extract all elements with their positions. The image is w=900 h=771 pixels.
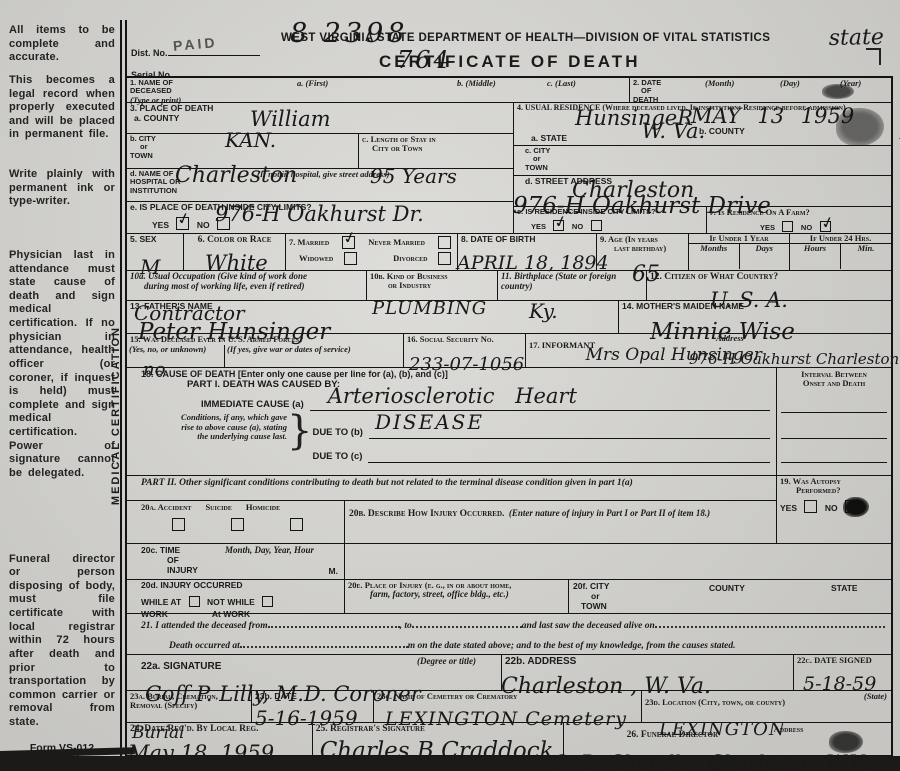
due-to-b-label: DUE TO (b): [312, 428, 363, 439]
signature-address-cell: 22b. ADDRESS Charleston , W. Va.: [502, 655, 794, 690]
time-injury-m: M.: [329, 567, 338, 577]
yes-label: YES: [152, 220, 169, 230]
ssn-value: 233-07-1056: [409, 354, 524, 375]
armed-forces-sub2: (If yes, give war or dates of service): [225, 345, 403, 367]
ink-blot: [843, 497, 869, 517]
stay-label2: City or Town: [372, 144, 510, 153]
time-injury-sub: Month, Day, Year, Hour: [225, 546, 314, 556]
injury-place-row: 20d. INJURY OCCURRED WHILE AT NOT WHILE …: [127, 580, 891, 614]
injury-occurred-label: 20d. INJURY OCCURRED: [141, 581, 341, 591]
sex-label: 5. SEX: [130, 235, 180, 245]
due-to-c-label: DUE TO (c): [312, 452, 362, 463]
widowed-label: Widowed: [299, 254, 333, 263]
armed-forces-sub1: (Yes, no, or unknown): [129, 345, 222, 354]
sex-value: M: [140, 255, 160, 279]
autopsy-cell: 19. Was Autopsy Performed? YES NO: [776, 476, 891, 543]
yes-label: YES: [760, 223, 775, 232]
form-header: Dist. No. PAID 8 2398 WEST VIRGINIA STAT…: [129, 20, 895, 76]
yes-label: YES: [531, 222, 546, 231]
homicide-label: Homicide: [246, 503, 280, 512]
time-of-injury-row: 20c. TIME OF INJURY Month, Day, Year, Ho…: [127, 544, 891, 580]
under-24-hrs-cell: If Under 24 Hrs. Hours Min.: [790, 234, 891, 270]
street-address-cell: d. STREET ADDRESS 976-H Oakhurst Drive: [514, 176, 891, 207]
district-number-label: Dist. No.: [131, 48, 168, 58]
farm-no-checkbox: ✓: [820, 221, 831, 232]
describe-injury-sub: (Enter nature of injury in Part I or Par…: [509, 508, 710, 518]
margin-note: All items to be complete and accurate.: [9, 24, 115, 65]
county-value: KAN.: [225, 128, 276, 152]
immediate-cause-value: Arteriosclerotic Heart: [328, 384, 577, 408]
residence-city-cell: c. CITY or TOWN Charleston: [514, 146, 891, 176]
no-label: NO: [572, 222, 583, 231]
dod-value: MAY 13 1959: [691, 104, 854, 128]
marital-number: 7.: [289, 237, 295, 247]
injury-occurred-cell: 20d. INJURY OCCURRED WHILE AT NOT WHILE …: [127, 580, 345, 613]
yes-label: YES: [780, 503, 797, 513]
residence-county-label: b. COUNTY: [699, 127, 745, 137]
birthplace-value: Ky.: [529, 299, 558, 323]
attended-seg3: and last saw the deceased alive on: [522, 621, 655, 633]
never-married-label: Never Married: [368, 238, 425, 247]
street-address-value: 976-H Oakhurst Drive: [513, 193, 771, 219]
signature-value: Goff P. Lilly, M.D. Coroner: [145, 682, 421, 706]
part2-cell: PART II. Other significant conditions co…: [127, 476, 776, 501]
min-label: Min.: [841, 244, 891, 269]
race-value: White: [205, 251, 268, 275]
citizen-label: 12. Citizen of What Country?: [650, 272, 888, 282]
injury-state-label: STATE: [831, 584, 858, 594]
residence-limits-no-checkbox: [591, 220, 602, 231]
birthplace-label: 11. Birthplace (State or foreign country…: [501, 272, 643, 292]
name-label2: DECEASED: [130, 87, 626, 95]
signature-row: 22a. SIGNATURE (Degree or title) Goff P.…: [127, 655, 891, 691]
ssn-label: 16. Social Security No.: [407, 335, 522, 344]
occupation-cell: 10a. Usual Occupation (Give kind of work…: [127, 271, 367, 300]
married-checkbox: ✓: [342, 236, 355, 249]
margin-note: Funeral director or person disposing of …: [9, 553, 115, 730]
signature-cell: 22a. SIGNATURE (Degree or title) Goff P.…: [127, 655, 502, 690]
sex-cell: 5. SEX M: [127, 234, 184, 270]
length-of-stay-cell: c. Length of Stay in City or Town 95 Yea…: [359, 134, 513, 168]
while-at-work-checkbox: [189, 596, 200, 607]
farm-yes-checkbox: [782, 221, 793, 232]
autopsy-yes-checkbox: [804, 500, 817, 513]
divorced-label: Divorced: [393, 254, 427, 263]
middle-name-label: b. (Middle): [457, 79, 496, 88]
time-of-injury-cell: 20c. TIME OF INJURY Month, Day, Year, Ho…: [127, 544, 345, 579]
brace-glyph: }: [287, 413, 312, 449]
autopsy-label2: Performed?: [796, 486, 888, 495]
age-value: 65: [632, 262, 660, 287]
part2-injury-block: PART II. Other significant conditions co…: [127, 476, 891, 544]
date-of-death-cell: 2. DATE OF DEATH (Month) (Day) (Year) MA…: [630, 78, 891, 102]
race-label: 6. Color or Race: [187, 235, 282, 245]
dob-value: APRIL 18, 1894: [457, 252, 609, 274]
widowed-checkbox: [344, 252, 357, 265]
hospital-value: 976-H Oakhurst Dr.: [215, 202, 424, 226]
burial-date-value: 5-16-1959: [255, 706, 358, 730]
dob-cell: 8. DATE OF BIRTH APRIL 18, 1894: [458, 234, 597, 270]
district-number-value: 8 2398: [290, 18, 408, 49]
attended-seg2: , to: [400, 621, 412, 633]
interval-label2: Onset and Death: [780, 379, 888, 388]
ink-smudge: [836, 108, 884, 146]
death-certificate-scan: All items to be complete and accurate. T…: [0, 0, 900, 771]
form-table: 1. NAME OF DECEASED (Type or print) a. (…: [127, 76, 893, 757]
place-limits-yes-checkbox: ✓: [176, 217, 189, 230]
dotted-line: [655, 617, 885, 628]
under-1-year-cell: If Under 1 Year Months Days: [689, 234, 790, 270]
business-cell: 10b. Kind of Business or Industry PLUMBI…: [367, 271, 498, 300]
dotted-line: [268, 617, 400, 628]
age-cell: 9. Age (In years last birthday) 65: [597, 234, 689, 270]
place-of-injury-cell: 20e. Place of Injury (e. g., in or about…: [345, 580, 569, 613]
time-injury-label3: INJURY: [167, 566, 198, 576]
cause-content: 18. CAUSE OF DEATH [Enter only one cause…: [127, 368, 776, 475]
interval-column: Interval Between Onset and Death: [776, 368, 891, 475]
residence-city-label2: or: [533, 155, 888, 163]
place-of-injury-label2: farm, factory, street, office bldg., etc…: [370, 590, 565, 600]
race-cell: 6. Color or Race White: [184, 234, 286, 270]
serial-number-value: 764: [397, 46, 452, 74]
hours-label: Hours: [790, 244, 841, 269]
never-married-checkbox: [438, 236, 451, 249]
date-signed-value: 5-18-59: [803, 673, 876, 695]
citizen-value: U. S. A.: [710, 288, 788, 312]
month-label: (Month): [705, 79, 734, 88]
attended-row: 21. I attended the deceased from , to an…: [127, 614, 891, 655]
suicide-label: Suicide: [205, 503, 231, 512]
divorced-checkbox: [438, 252, 451, 265]
cemetery-value: LEXINGTON Cemetery: [385, 708, 627, 730]
not-while-at-work-checkbox: [262, 596, 273, 607]
father-value: Peter Hunsinger: [138, 319, 330, 345]
residence-limits-yes-checkbox: ✓: [553, 220, 564, 231]
name-of-deceased-cell: 1. NAME OF DECEASED (Type or print) a. (…: [127, 78, 630, 102]
homicide-checkbox: [290, 518, 303, 531]
city-label3: TOWN: [130, 152, 355, 160]
no-label: NO: [801, 223, 812, 232]
district-number: Dist. No. PAID 8 2398: [131, 34, 382, 61]
injury-county-label: COUNTY: [709, 584, 745, 594]
burial-value: Burial: [132, 723, 185, 743]
married-label: Married: [298, 237, 330, 247]
informant-address-value: 976-H Oakhurst Charleston: [689, 350, 899, 368]
attended-seg4: Death occurred at: [169, 641, 240, 653]
birthplace-cell: 11. Birthplace (State or foreign country…: [498, 271, 647, 300]
registrar-signature-value: Charles B Craddock: [320, 738, 554, 764]
suicide-checkbox: [231, 518, 244, 531]
age-label2: last birthday): [614, 244, 685, 253]
while-at-label: WHILE AT: [141, 597, 181, 607]
city-stay-row: b. CITY or TOWN Charleston c. Length of …: [127, 134, 513, 169]
part2-label: PART II. Other significant conditions co…: [141, 478, 773, 490]
city-value: Charleston: [175, 163, 297, 188]
accident-suicide-homicide-cell: 20a. Accident Suicide Homicide: [127, 501, 345, 544]
signature-address-label: 22b. ADDRESS: [505, 656, 790, 668]
residence-state-label: a. STATE: [531, 133, 567, 143]
days-label: Days: [740, 244, 790, 269]
margin-note: Physician last in attendance must state …: [9, 249, 115, 481]
attended-cell: 21. I attended the deceased from , to an…: [127, 614, 891, 654]
no-label: NO: [197, 220, 210, 230]
burial-location-value: LEXINGTON: [659, 719, 786, 740]
accident-label: Accident: [158, 502, 192, 512]
injury-20a-number: 20a.: [141, 502, 156, 512]
date-signed-label: 22c. DATE SIGNED: [797, 656, 888, 665]
occupation-label2: during most of working life, even if ret…: [144, 282, 363, 292]
degree-label: (Degree or title): [417, 657, 476, 667]
residence-state-value: W. Va.: [642, 119, 706, 143]
date-received-value: May 18, 1959: [128, 741, 274, 765]
no-label: NO: [825, 503, 838, 513]
injury-city-county-state-cell: 20f. CITY or TOWN COUNTY STATE: [569, 580, 891, 613]
row-sex-race-marital: 5. SEX M 6. Color or Race White 7. Marri…: [127, 234, 891, 271]
injury-city-label3: TOWN: [581, 602, 607, 612]
attended-seg1: 21. I attended the deceased from: [141, 621, 268, 633]
accident-checkbox: [172, 518, 185, 531]
autopsy-no-checkbox: [845, 500, 858, 513]
scan-corner-mark: [866, 48, 881, 65]
citizen-cell: 12. Citizen of What Country? U. S. A.: [647, 271, 891, 300]
last-name-label: c. (Last): [547, 79, 576, 88]
due-to-b-value: DISEASE: [375, 410, 484, 434]
residence-city-label: c. CITY: [525, 147, 888, 155]
stay-value: 95 Years: [370, 164, 457, 188]
funeral-director-value: O. D. Chandler Charleston W.Va: [553, 750, 874, 771]
certificate-form: MEDICAL CERTIFICATION Dist. No. PAID 8 2…: [120, 20, 895, 757]
margin-instructions: All items to be complete and accurate. T…: [9, 24, 115, 771]
medical-certification-vertical-label: MEDICAL CERTIFICATION: [110, 326, 122, 505]
interval-line: [781, 412, 887, 413]
describe-injury-cell: 20b. Describe How Injury Occurred. (Ente…: [345, 501, 776, 544]
attended-seg5: m on the date stated above; and to the b…: [408, 641, 736, 653]
mother-value: Minnie Wise: [650, 319, 795, 345]
day-label: (Day): [780, 79, 800, 88]
date-signed-cell: 22c. DATE SIGNED 5-18-59: [794, 655, 891, 690]
describe-injury-label: 20b. Describe How Injury Occurred.: [349, 509, 504, 519]
months-label: Months: [689, 244, 740, 269]
ssn-cell: 16. Social Security No. 233-07-1056: [404, 334, 526, 367]
interval-line: [781, 462, 887, 463]
cause-of-death-block: 18. CAUSE OF DEATH [Enter only one cause…: [127, 368, 891, 476]
conditions-note: Conditions, if any, which gave rise to a…: [169, 413, 287, 441]
signature-address-value: Charleston , W. Va.: [501, 674, 711, 699]
residence-city-label3: TOWN: [525, 164, 888, 172]
first-name-label: a. (First): [297, 79, 328, 88]
dotted-line: [412, 617, 522, 628]
armed-forces-value: no: [143, 359, 165, 380]
row-occupation: 10a. Usual Occupation (Give kind of work…: [127, 271, 891, 301]
business-label2: or Industry: [388, 281, 494, 290]
time-of-injury-blank: [345, 544, 891, 579]
margin-note: This becomes a legal record when properl…: [9, 74, 115, 142]
business-value: PLUMBING: [372, 298, 487, 319]
signature-label: 22a. SIGNATURE: [141, 661, 221, 672]
row-name-dod: 1. NAME OF DECEASED (Type or print) a. (…: [127, 78, 891, 103]
dotted-line: [240, 637, 408, 648]
margin-note: Write plainly with permanent ink or type…: [9, 168, 115, 209]
marital-status-cell: 7. Married ✓ Never Married Widowed Divor…: [286, 234, 458, 270]
interval-line: [781, 438, 887, 439]
dob-label: 8. DATE OF BIRTH: [461, 235, 593, 245]
not-while-label: NOT WHILE: [207, 597, 255, 607]
state-annotation: state: [829, 12, 900, 50]
